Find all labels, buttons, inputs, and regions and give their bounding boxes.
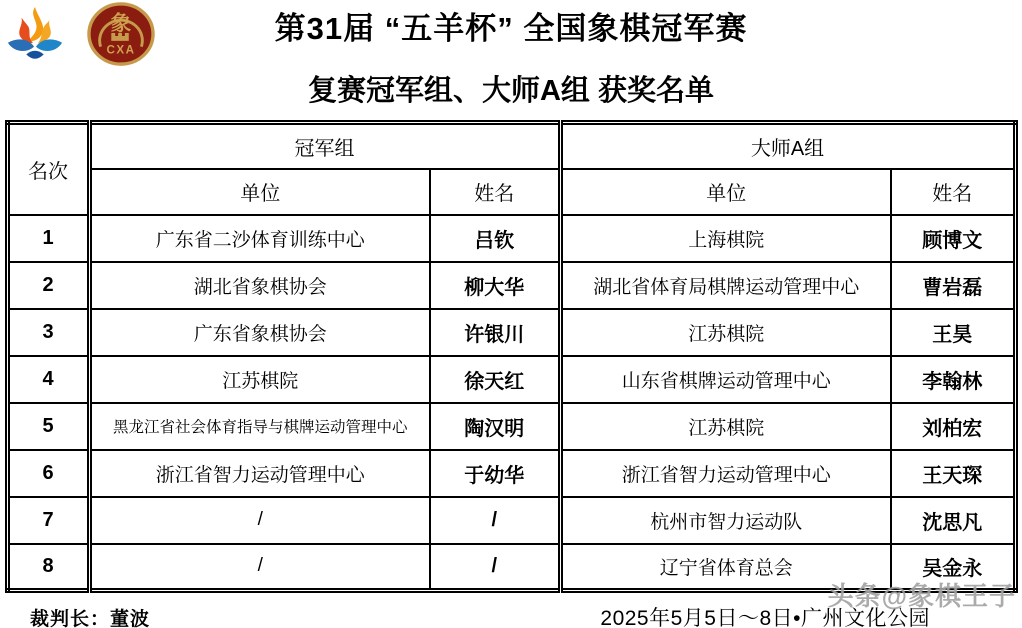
table-row: 5 黑龙江省社会体育指导与棋牌运动管理中心 陶汉明 江苏棋院 刘柏宏 [7,403,1015,450]
table-row: 2 湖北省象棋协会 柳大华 湖北省体育局棋牌运动管理中心 曹岩磊 [7,262,1015,309]
table-row: 8 / / 辽宁省体育总会 吴金永 [7,544,1015,591]
unit-cell: 山东省棋牌运动管理中心 [560,356,891,403]
name-cell: 沈思凡 [891,497,1015,544]
group1-name-header: 姓名 [430,169,560,215]
flame-water-logo-icon [6,6,64,66]
group2-name-header: 姓名 [891,169,1015,215]
name-cell: 吕钦 [430,215,560,262]
unit-cell: 浙江省智力运动管理中心 [560,450,891,497]
unit-cell: 江苏棋院 [560,403,891,450]
rank-header: 名次 [7,123,89,215]
page-subtitle: 复赛冠军组、大师A组 获奖名单 [0,74,1022,108]
awards-table: 名次 冠军组 大师A组 单位 姓名 单位 姓名 1 广东省二沙体育训练中心 吕钦… [5,120,1018,593]
rank-cell: 1 [7,215,89,262]
table-row: 4 江苏棋院 徐天红 山东省棋牌运动管理中心 李翰林 [7,356,1015,403]
unit-cell: 湖北省象棋协会 [89,262,430,309]
name-cell: 徐天红 [430,356,560,403]
cxa-association-logo-icon: 象 CXA [86,2,156,68]
rank-cell: 3 [7,309,89,356]
group-header-row: 名次 冠军组 大师A组 [7,123,1015,169]
name-cell: 曹岩磊 [891,262,1015,309]
rank-cell: 4 [7,356,89,403]
unit-cell: 广东省二沙体育训练中心 [89,215,430,262]
unit-cell: 黑龙江省社会体育指导与棋牌运动管理中心 [89,403,430,450]
unit-cell: 广东省象棋协会 [89,309,430,356]
date-venue-label: 2025年5月5日～8日•广州文化公园 [600,602,930,628]
name-cell: 于幼华 [430,450,560,497]
rank-cell: 8 [7,544,89,591]
cxa-label: CXA [107,43,136,56]
group2-unit-header: 单位 [560,169,891,215]
name-cell: 吴金永 [891,544,1015,591]
name-cell: 陶汉明 [430,403,560,450]
footer: 裁判长：董波 2025年5月5日～8日•广州文化公园 [0,602,1022,628]
rank-cell: 7 [7,497,89,544]
table-row: 7 / / 杭州市智力运动队 沈思凡 [7,497,1015,544]
award-sheet: 象 CXA 第31届 “五羊杯” 全国象棋冠军赛 复赛冠军组、大师A组 获奖名单… [0,0,1022,628]
table-row: 3 广东省象棋协会 许银川 江苏棋院 王昊 [7,309,1015,356]
name-cell: 李翰林 [891,356,1015,403]
table-row: 1 广东省二沙体育训练中心 吕钦 上海棋院 顾博文 [7,215,1015,262]
rank-cell: 5 [7,403,89,450]
table-row: 6 浙江省智力运动管理中心 于幼华 浙江省智力运动管理中心 王天琛 [7,450,1015,497]
name-cell: 许银川 [430,309,560,356]
name-cell: 顾博文 [891,215,1015,262]
unit-cell: / [89,497,430,544]
group1-unit-header: 单位 [89,169,430,215]
unit-cell: / [89,544,430,591]
unit-cell: 辽宁省体育总会 [560,544,891,591]
unit-cell: 江苏棋院 [560,309,891,356]
header-logos: 象 CXA [6,2,156,68]
name-cell: 柳大华 [430,262,560,309]
name-cell: / [430,544,560,591]
group1-header: 冠军组 [89,123,560,169]
group2-header: 大师A组 [560,123,1015,169]
unit-cell: 上海棋院 [560,215,891,262]
unit-cell: 浙江省智力运动管理中心 [89,450,430,497]
name-cell: 王昊 [891,309,1015,356]
chief-referee-label: 裁判长：董波 [30,604,150,628]
unit-cell: 江苏棋院 [89,356,430,403]
unit-cell: 湖北省体育局棋牌运动管理中心 [560,262,891,309]
rank-cell: 6 [7,450,89,497]
unit-cell: 杭州市智力运动队 [560,497,891,544]
name-cell: / [430,497,560,544]
column-header-row: 单位 姓名 单位 姓名 [7,169,1015,215]
rank-cell: 2 [7,262,89,309]
cxa-piece-glyph: 象 [111,11,132,35]
name-cell: 王天琛 [891,450,1015,497]
name-cell: 刘柏宏 [891,403,1015,450]
